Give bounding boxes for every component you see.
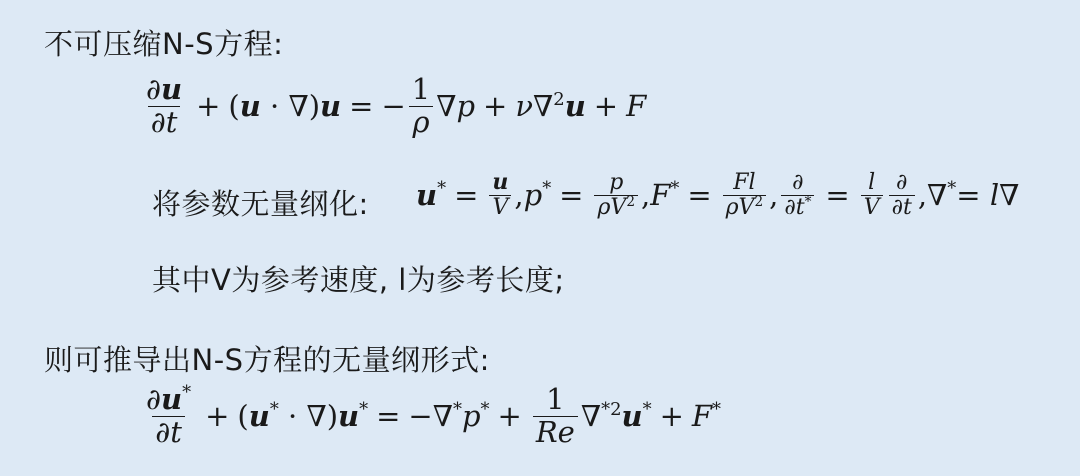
fraction-du-star-dt: ∂u* ∂t (143, 384, 194, 449)
reference-note: 其中V为参考速度, l为参考长度; (152, 258, 565, 299)
ns-dimensionless-equation: ∂u* ∂t + (u* · ∇)u* = −∇*p* + 1 Re ∇*2u*… (140, 384, 721, 449)
nondim-label: 将参数无量纲化: (152, 182, 369, 223)
heading-ns-dimensionless: 则可推导出N-S方程的无量纲形式: (44, 338, 490, 379)
fraction-du-dt: ∂u ∂t (143, 74, 185, 139)
ns-equation: ∂u ∂t + (u · ∇)u = − 1 ρ ∇p + ν∇2u + F (140, 74, 646, 139)
fraction-one-over-re: 1 Re (533, 384, 578, 449)
nondim-definitions: u*= uV, p*= pρV2, F*= FlρV2, ∂∂t* = lV ∂… (416, 170, 1019, 220)
fraction-one-over-rho: 1 ρ (409, 74, 433, 139)
heading-ns-incompressible: 不可压缩N-S方程: (44, 22, 283, 63)
